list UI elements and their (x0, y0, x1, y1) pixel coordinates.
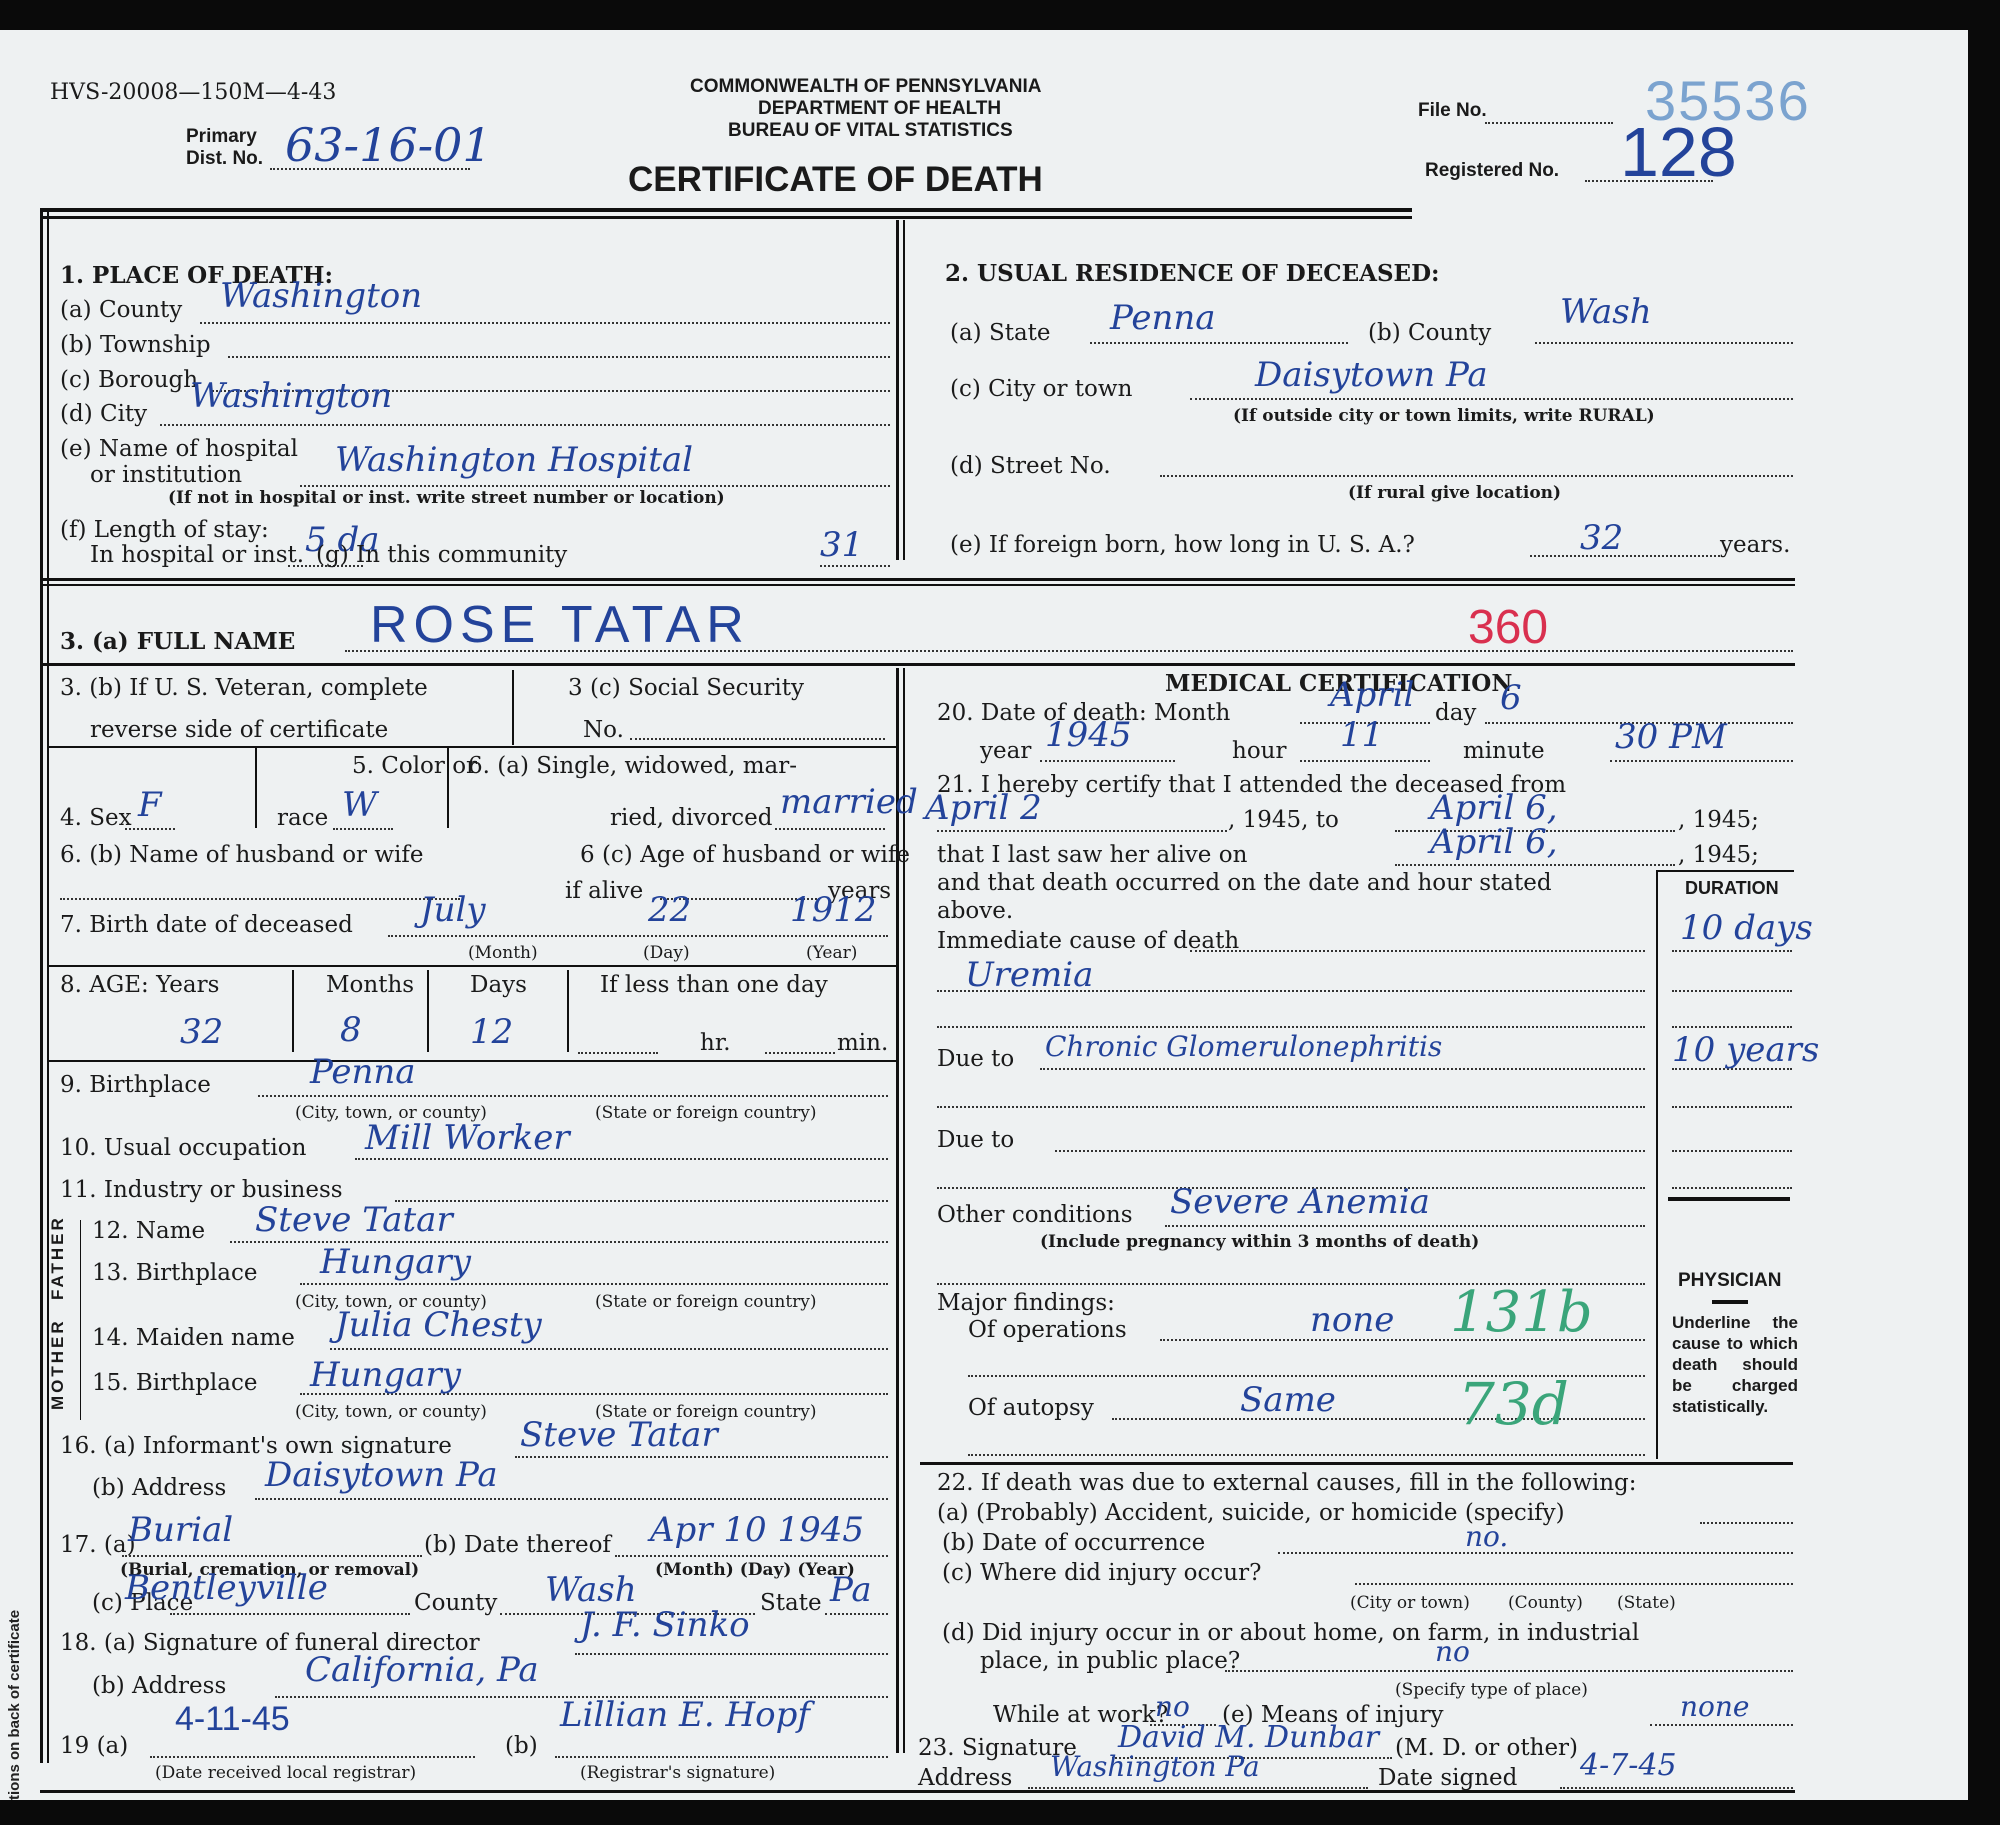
file-no-label: File No. (1418, 100, 1487, 122)
immediate-cause-value: Uremia (965, 955, 1093, 995)
other-conditions-value: Severe Anemia (1170, 1182, 1430, 1222)
race-label: race (277, 805, 328, 831)
age-days-value: 12 (470, 1012, 513, 1052)
death-year-value: 1945 (1045, 715, 1132, 755)
agency-line-2: DEPARTMENT OF HEALTH (758, 98, 1001, 120)
age-months-value: 8 (340, 1010, 362, 1050)
place-state-value: Pa (830, 1570, 872, 1610)
res-city-label: (c) City or town (950, 376, 1132, 402)
margin-side-text: tions on back of certificate (6, 1610, 23, 1800)
operations-code: 131b (1450, 1280, 1593, 1345)
autopsy-value: Same (1240, 1380, 1336, 1420)
informant-value: Steve Tatar (520, 1415, 718, 1455)
funeral-address-value: California, Pa (305, 1650, 539, 1690)
disposition-date-label: (b) Date thereof (424, 1532, 611, 1558)
registrar-date-label: 19 (a) (60, 1733, 128, 1759)
death-year-label: year (980, 738, 1031, 764)
external-c-county-caption: (County) (1508, 1593, 1583, 1613)
community-value: 31 (820, 525, 863, 565)
other-conditions-label: Other conditions (937, 1202, 1133, 1228)
last-saw-label: that I last saw her alive on (937, 842, 1247, 868)
veteran-label: 3. (b) If U. S. Veteran, complete (60, 675, 428, 701)
date-signed-label: Date signed (1378, 1765, 1517, 1791)
autopsy-code: 73d (1458, 1370, 1569, 1438)
registered-no-label: Registered No. (1425, 160, 1559, 182)
birth-month-value: July (420, 890, 486, 930)
death-day-label: day (1435, 700, 1476, 726)
death-hour-value: 11 (1340, 715, 1383, 755)
primary-dist-value: 63-16-01 (285, 118, 492, 172)
mother-group-label: MOTHER (48, 1318, 68, 1410)
mother-maiden-label: 14. Maiden name (92, 1325, 295, 1351)
spouse-if-alive-label: if alive (565, 878, 643, 904)
external-b-label: (b) Date of occurrence (942, 1530, 1205, 1556)
res-foreign-value: 32 (1580, 518, 1623, 558)
external-c-state-caption: (State) (1617, 1593, 1676, 1613)
birthplace-state-caption: (State or foreign country) (595, 1103, 817, 1123)
res-county-value: Wash (1560, 292, 1652, 332)
external-c-city-caption: (City or town) (1350, 1593, 1470, 1613)
min-label: min. (837, 1030, 888, 1056)
age-years-value: 32 (180, 1012, 223, 1052)
mother-city-caption: (City, town, or county) (295, 1402, 487, 1422)
means-of-injury-value: none (1680, 1690, 1750, 1723)
while-at-work-value: no (1155, 1690, 1190, 1723)
place-value: Bentleyville (125, 1568, 328, 1608)
mother-birthplace-value: Hungary (310, 1355, 461, 1395)
due-to-duration-1: 10 years (1672, 1030, 1819, 1070)
physician-heading: PHYSICIAN (1678, 1270, 1781, 1292)
major-findings-label: Major findings: (937, 1290, 1115, 1316)
registrar-signature-caption: (Registrar's signature) (580, 1763, 775, 1783)
stay-hospital-label: In hospital or inst. (90, 542, 304, 568)
informant-address-label: (b) Address (92, 1475, 226, 1501)
ss-label: 3 (c) Social Security (568, 675, 804, 701)
duration-heading: DURATION (1685, 878, 1779, 899)
informant-address-value: Daisytown Pa (265, 1455, 498, 1495)
color-label: 5. Color or (352, 753, 477, 779)
birthplace-label: 9. Birthplace (60, 1072, 211, 1098)
physician-note: Underline the cause to which death shoul… (1672, 1312, 1798, 1417)
physician-address-value: Washington Pa (1050, 1750, 1260, 1783)
birth-date-label: 7. Birth date of deceased (60, 912, 353, 938)
father-name-value: Steve Tatar (255, 1200, 453, 1240)
death-month-value: April (1330, 675, 1414, 715)
month-caption: (Month) (468, 943, 538, 963)
res-state-label: (a) State (950, 320, 1051, 346)
res-county-label: (b) County (1368, 320, 1491, 346)
date-signed-value: 4-7-45 (1580, 1748, 1677, 1783)
death-minute-label: minute (1463, 738, 1545, 764)
death-hour-label: hour (1232, 738, 1286, 764)
due-to-value-1: Chronic Glomerulonephritis (1045, 1030, 1442, 1063)
form-code: HVS-20008—150M—4-43 (50, 80, 336, 105)
marital-label: 6. (a) Single, widowed, mar- (468, 753, 797, 779)
registered-no-value: 128 (1620, 112, 1737, 192)
place-county-label: County (414, 1590, 497, 1616)
age-months-label: Months (326, 972, 414, 998)
occupation-label: 10. Usual occupation (60, 1135, 306, 1161)
physician-address-label: Address (918, 1765, 1012, 1791)
place-state-label: State (760, 1590, 822, 1616)
sex-label: 4. Sex (60, 805, 132, 831)
primary-dist-label: Primary (186, 126, 257, 148)
registrar-date-value: 4-11-45 (175, 1700, 290, 1739)
county-label: (a) County (60, 297, 182, 323)
disposition-value: Burial (128, 1510, 233, 1550)
ss-no-label: No. (583, 717, 624, 743)
city-label: (d) City (60, 401, 147, 427)
res-foreign-label: (e) If foreign born, how long in U. S. A… (950, 532, 1415, 558)
autopsy-label: Of autopsy (968, 1395, 1094, 1421)
marital-label-2: ried, divorced (610, 805, 772, 831)
hr-label: hr. (700, 1030, 731, 1056)
death-county-value: Washington (220, 276, 422, 316)
disposition-date-caption: (Month) (Day) (Year) (655, 1560, 855, 1580)
hospital-label: (e) Name of hospital (60, 436, 298, 462)
md-label: (M. D. or other) (1395, 1735, 1578, 1761)
red-annotation: 360 (1468, 600, 1548, 655)
funeral-address-label: (b) Address (92, 1673, 226, 1699)
stated-label-2: above. (937, 898, 1013, 924)
res-foreign-unit: years. (1720, 532, 1790, 558)
death-minute-value: 30 PM (1615, 717, 1727, 757)
external-heading: 22. If death was due to external causes,… (937, 1470, 1637, 1496)
agency-line-1: COMMONWEALTH OF PENNSYLVANIA (690, 76, 1041, 98)
birth-day-value: 22 (648, 890, 691, 930)
hospital-value: Washington Hospital (335, 440, 693, 480)
mother-birthplace-label: 15. Birthplace (92, 1370, 257, 1396)
death-day-value: 6 (1500, 678, 1522, 718)
external-b-value: no. (1465, 1520, 1508, 1553)
stated-label: and that death occurred on the date and … (937, 870, 1552, 896)
father-name-label: 12. Name (92, 1218, 205, 1244)
external-d-value: no (1435, 1635, 1470, 1668)
hospital-note: (If not in hospital or inst. write stree… (168, 488, 725, 508)
registrar-signature-value: Lillian E. Hopf (560, 1695, 810, 1735)
less-than-day-label: If less than one day (600, 972, 828, 998)
length-of-stay-label: (f) Length of stay: (60, 517, 269, 543)
full-name-label: 3. (a) FULL NAME (60, 628, 295, 655)
registrar-date-caption: (Date received local registrar) (155, 1763, 416, 1783)
marital-value: married (780, 782, 918, 822)
place-county-value: Wash (545, 1570, 637, 1610)
attended-from-year: , 1945, to (1228, 807, 1339, 833)
res-street-label: (d) Street No. (950, 453, 1111, 479)
township-label: (b) Township (60, 332, 211, 358)
age-years-label: 8. AGE: Years (60, 972, 219, 998)
res-city-value: Daisytown Pa (1255, 355, 1488, 395)
registrar-signature-label: (b) (505, 1733, 538, 1759)
age-days-label: Days (470, 972, 527, 998)
external-c-label: (c) Where did injury occur? (942, 1560, 1261, 1586)
community-label: (g) In this community (316, 542, 567, 568)
agency-line-3: BUREAU OF VITAL STATISTICS (728, 120, 1013, 142)
certificate-title: CERTIFICATE OF DEATH (628, 160, 1043, 200)
dist-no-label: Dist. No. (186, 148, 263, 170)
operations-label: Of operations (968, 1317, 1127, 1343)
attended-to-year: , 1945; (1678, 807, 1759, 833)
last-saw-year: , 1945; (1678, 842, 1759, 868)
due-to-label-1: Due to (937, 1046, 1014, 1072)
day-caption: (Day) (643, 943, 690, 963)
last-saw-value: April 6, (1430, 822, 1558, 862)
father-birthplace-label: 13. Birthplace (92, 1260, 257, 1286)
due-to-label-2: Due to (937, 1127, 1014, 1153)
death-certificate: HVS-20008—150M—4-43 Primary Dist. No. 63… (0, 30, 1968, 1800)
funeral-director-value: J. F. Sinko (580, 1605, 750, 1645)
disposition-date-value: Apr 10 1945 (650, 1510, 864, 1550)
race-value: W (342, 785, 377, 825)
other-conditions-note: (Include pregnancy within 3 months of de… (1040, 1232, 1479, 1252)
residence-heading: 2. USUAL RESIDENCE OF DECEASED: (945, 260, 1440, 287)
external-d-caption: (Specify type of place) (1395, 1680, 1588, 1700)
borough-label: (c) Borough (60, 367, 198, 393)
full-name-value: ROSE TATAR (370, 595, 750, 655)
veteran-label-2: reverse side of certificate (90, 717, 388, 743)
year-caption: (Year) (806, 943, 857, 963)
operations-value: none (1310, 1300, 1394, 1340)
father-state-caption: (State or foreign country) (595, 1292, 817, 1312)
birth-year-value: 1912 (790, 890, 877, 930)
external-d-label: (d) Did injury occur in or about home, o… (942, 1620, 1639, 1646)
external-d-label-2: place, in public place? (980, 1648, 1240, 1674)
res-state-value: Penna (1110, 298, 1216, 338)
immediate-duration-value: 10 days (1680, 908, 1813, 948)
father-group-label: FATHER (48, 1215, 68, 1300)
spouse-age-label: 6 (c) Age of husband or wife (580, 842, 910, 868)
birthplace-value: Penna (310, 1052, 416, 1092)
occupation-value: Mill Worker (365, 1118, 570, 1158)
father-birthplace-value: Hungary (320, 1242, 471, 1282)
mother-maiden-value: Julia Chesty (335, 1305, 542, 1345)
attended-from-value: April 2 (925, 788, 1042, 828)
spouse-label: 6. (b) Name of husband or wife (60, 842, 424, 868)
institution-label: or institution (90, 462, 242, 488)
death-city-value: Washington (190, 376, 392, 416)
res-city-note: (If outside city or town limits, write R… (1233, 406, 1655, 426)
res-street-note: (If rural give location) (1348, 483, 1561, 503)
sex-value: F (138, 785, 162, 825)
